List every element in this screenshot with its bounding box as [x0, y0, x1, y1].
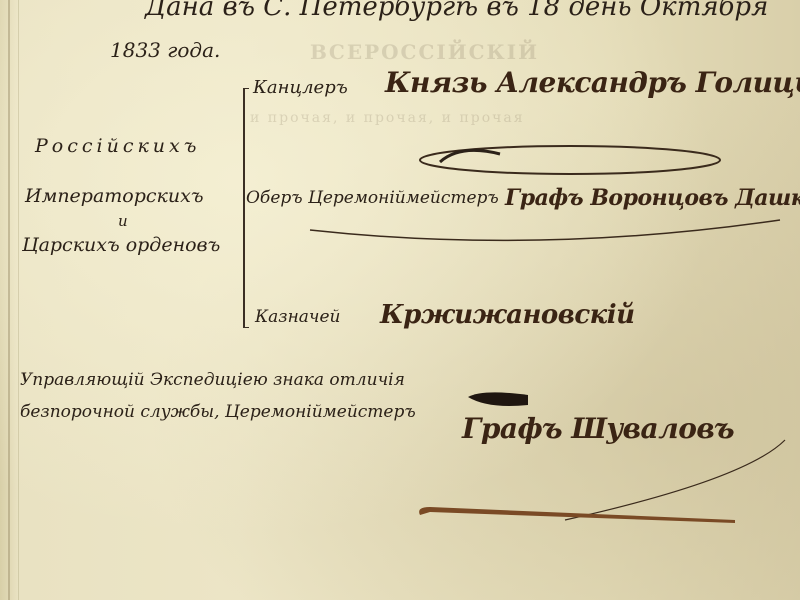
underline-swash: [310, 220, 780, 240]
brown-underline-stroke: [419, 507, 735, 523]
descending-swash: [565, 440, 785, 520]
signature-flourishes: [0, 0, 800, 600]
ink-blot: [468, 392, 528, 406]
